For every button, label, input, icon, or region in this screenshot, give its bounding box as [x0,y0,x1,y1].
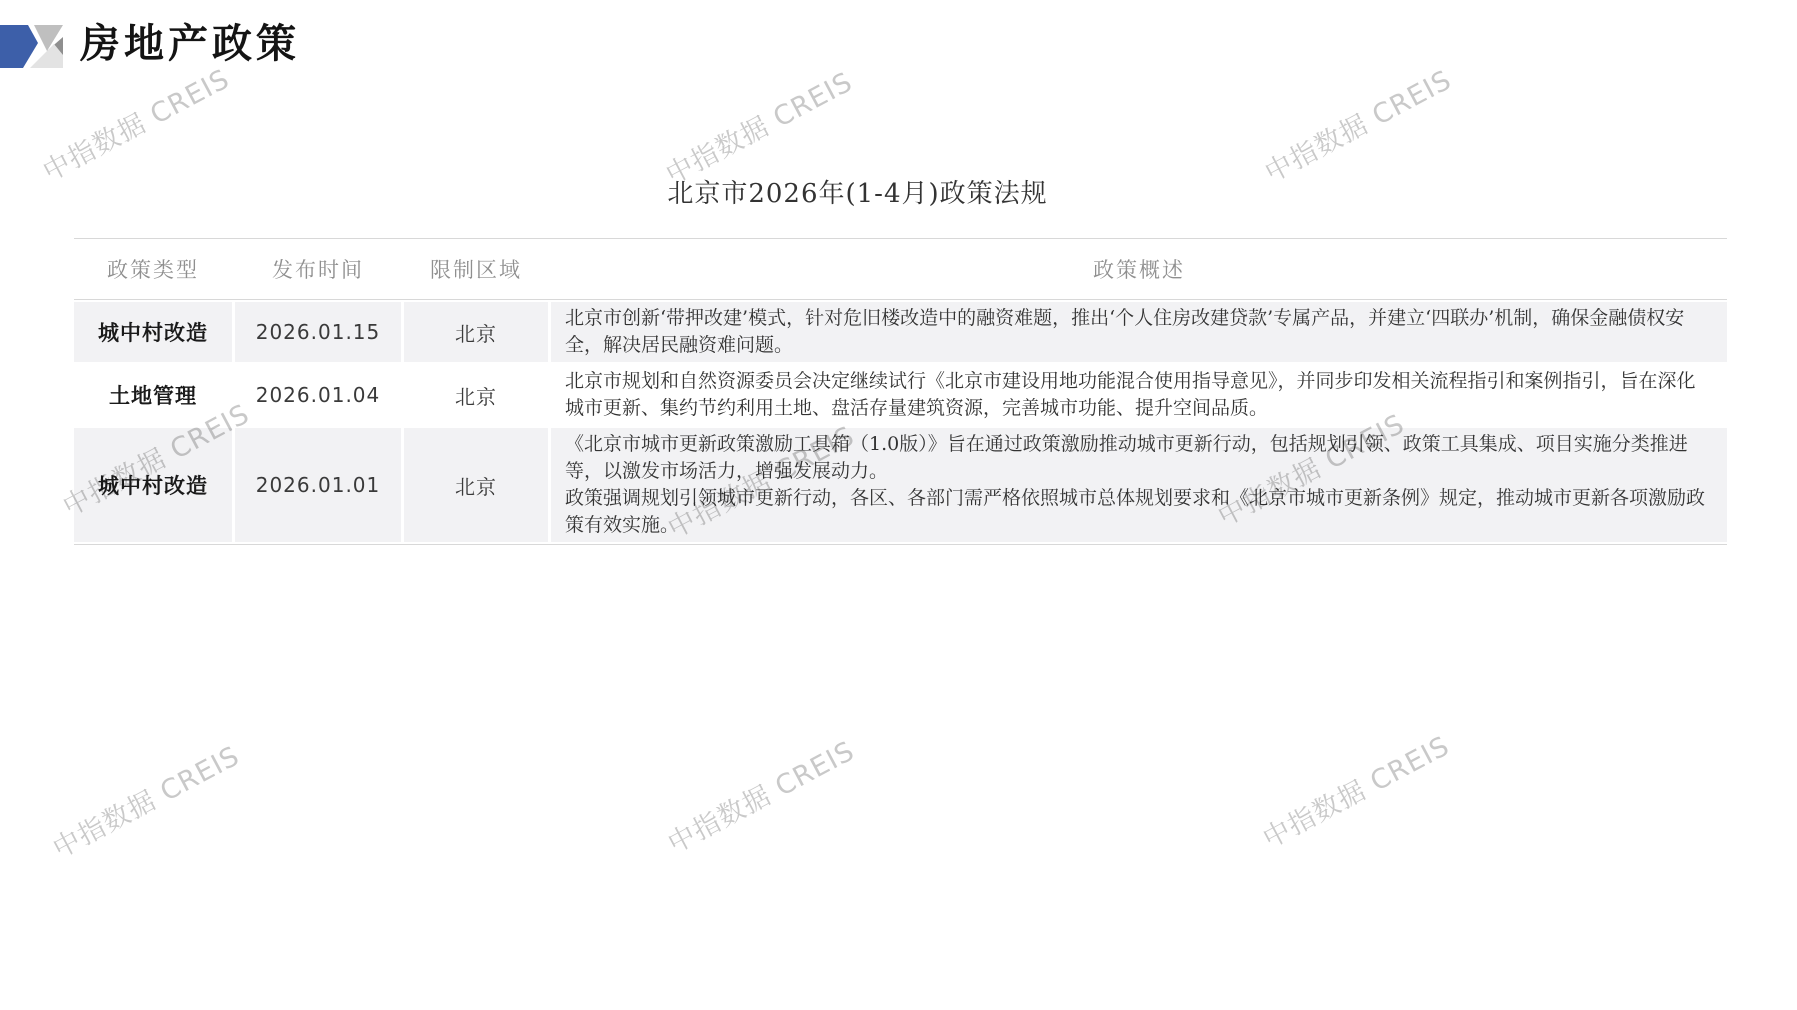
column-header-policy-type: 政策类型 [74,239,232,299]
policy-table: 政策类型 发布时间 限制区域 政策概述 城中村改造 2026.01.15 北京 … [74,238,1727,545]
logo-icon [0,25,63,70]
table-row: 土地管理 2026.01.04 北京 北京市规划和自然资源委员会决定继续试行《北… [74,364,1727,426]
watermark: 中指数据 CREIS [45,734,246,865]
table-title-container: 北京市2026年(1-4月)政策法规 [74,176,1727,212]
watermark: 中指数据 CREIS [1255,724,1456,855]
cell-summary: 北京市规划和自然资源委员会决定继续试行《北京市建设用地功能混合使用指导意见》，并… [551,364,1727,426]
cell-region: 北京 [404,364,548,426]
cell-summary: 《北京市城市更新政策激励工具箱（1.0版）》旨在通过政策激励推动城市更新行动，包… [551,428,1727,542]
cell-publish-date: 2026.01.01 [235,428,401,542]
cell-policy-type: 城中村改造 [74,428,232,542]
cell-policy-type: 土地管理 [74,364,232,426]
table-title: 北京市2026年(1-4月)政策法规 [667,179,1047,209]
cell-publish-date: 2026.01.15 [235,302,401,362]
cell-summary: 北京市创新‘带押改建’模式，针对危旧楼改造中的融资难题，推出‘个人住房改建贷款’… [551,302,1727,362]
watermark: 中指数据 CREIS [1257,58,1458,189]
cell-policy-type: 城中村改造 [74,302,232,362]
table-row: 城中村改造 2026.01.01 北京 《北京市城市更新政策激励工具箱（1.0版… [74,428,1727,542]
watermark: 中指数据 CREIS [658,60,859,191]
page-title: 房地产政策 [80,18,300,70]
column-header-summary: 政策概述 [551,239,1727,299]
table-header-row: 政策类型 发布时间 限制区域 政策概述 [74,239,1727,300]
cell-publish-date: 2026.01.04 [235,364,401,426]
watermark: 中指数据 CREIS [660,729,861,860]
watermark: 中指数据 CREIS [35,57,236,188]
table-row: 城中村改造 2026.01.15 北京 北京市创新‘带押改建’模式，针对危旧楼改… [74,302,1727,362]
cell-region: 北京 [404,302,548,362]
column-header-publish-date: 发布时间 [235,239,401,299]
table-body: 城中村改造 2026.01.15 北京 北京市创新‘带押改建’模式，针对危旧楼改… [74,300,1727,544]
column-header-region: 限制区域 [404,239,548,299]
cell-region: 北京 [404,428,548,542]
